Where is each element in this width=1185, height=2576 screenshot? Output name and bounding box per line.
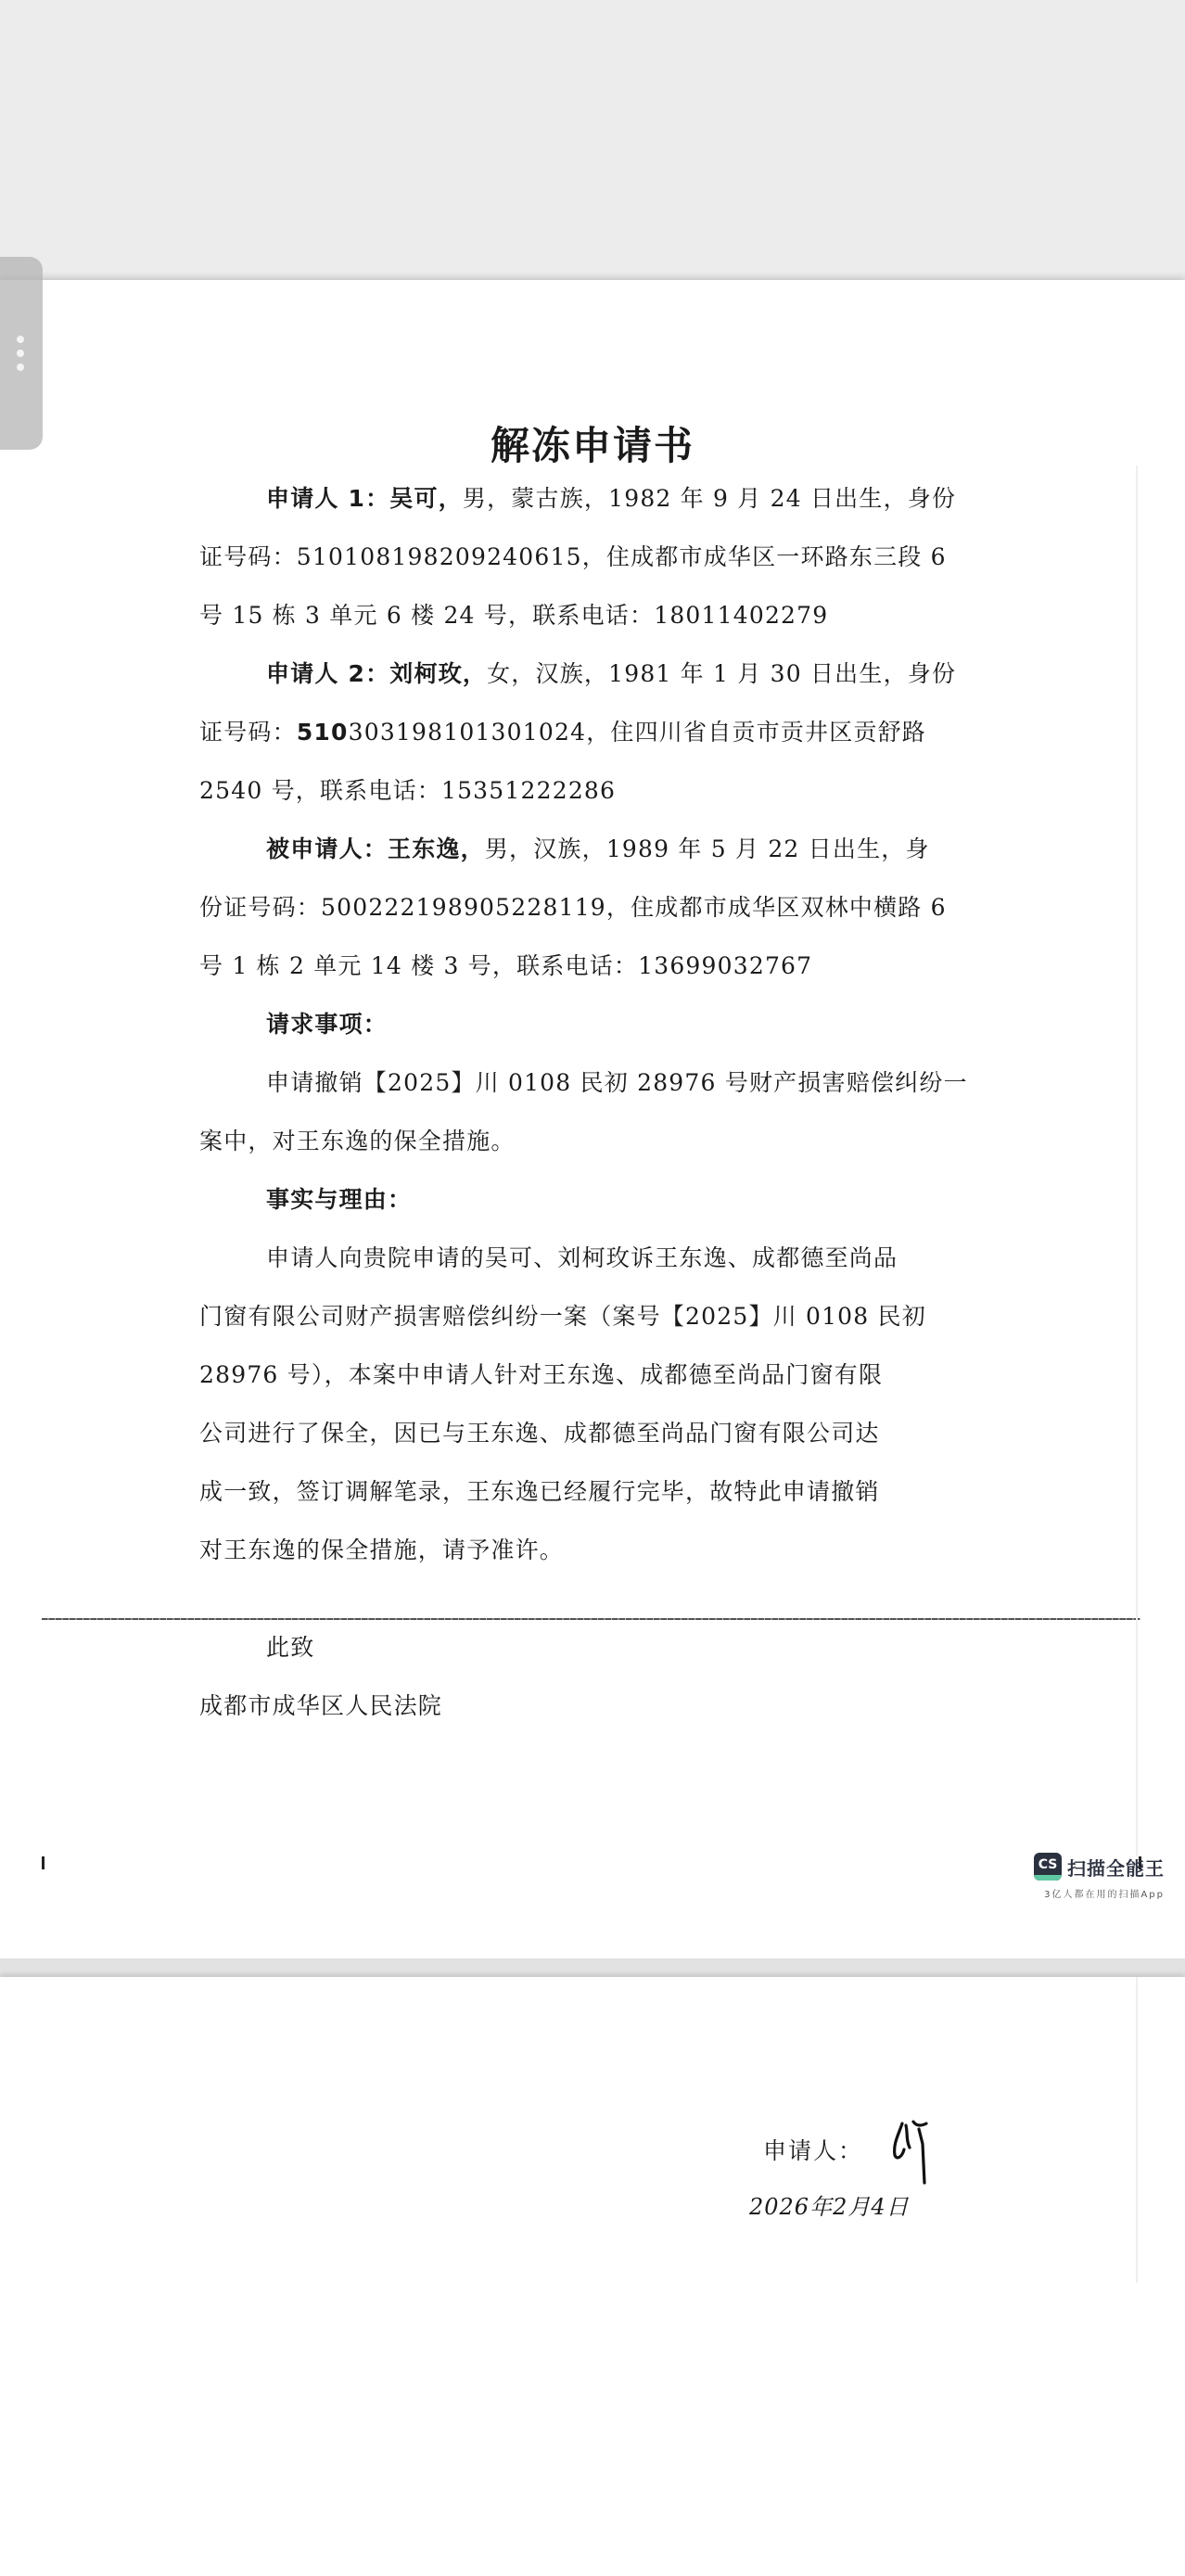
signature-label: 申请人： bbox=[763, 2133, 863, 2166]
respondent-line3: 号 1 栋 2 单元 14 楼 3 号，联系电话：13699032767 bbox=[199, 952, 983, 980]
facts-heading: 事实与理由： bbox=[266, 1186, 983, 1214]
more-vertical-icon bbox=[17, 350, 24, 357]
watermark-tagline: 3亿人都在用的扫描App bbox=[1026, 1886, 1165, 1900]
respondent-line1: 被申请人：王东逸，男，汉族，1989 年 5 月 22 日出生，身 bbox=[266, 835, 983, 863]
scan-edge-line bbox=[1136, 1977, 1138, 2283]
more-vertical-icon bbox=[17, 336, 24, 343]
facts-line2: 门窗有限公司财产损害赔偿纠纷一案（案号【2025】川 0108 民初 bbox=[199, 1303, 983, 1331]
facts-line6: 对王东逸的保全措施，请予准许。 bbox=[199, 1537, 983, 1564]
scan-edge-line bbox=[1136, 465, 1138, 1856]
id-label: 证号码： bbox=[199, 719, 297, 746]
respondent-label: 被申请人：王东逸， bbox=[266, 835, 485, 862]
respondent-info: 男，汉族，1989 年 5 月 22 日出生，身 bbox=[485, 835, 930, 862]
applicant1-info: 男，蒙古族，1982 年 9 月 24 日出生，身份 bbox=[463, 485, 956, 512]
more-vertical-icon bbox=[17, 363, 24, 371]
camscanner-watermark: CS 扫描全能王 3亿人都在用的扫描App bbox=[1026, 1853, 1165, 1900]
applicant1-line2: 证号码：510108198209240615，住成都市成华区一环路东三段 6 bbox=[199, 543, 983, 571]
document-page-2: 申请人： 2026年2月4日 bbox=[0, 1977, 1185, 2576]
applicant1-label: 申请人 1：吴可， bbox=[266, 485, 463, 512]
respondent-line2: 份证号码：500222198905228119，住成都市成华区双林中横路 6 bbox=[199, 894, 983, 922]
camscanner-logo-icon: CS bbox=[1034, 1853, 1062, 1881]
applicant2-line1: 申请人 2：刘柯玫，女，汉族，1981 年 1 月 30 日出生，身份 bbox=[266, 660, 983, 688]
request-line2: 案中，对王东逸的保全措施。 bbox=[199, 1128, 983, 1155]
applicant2-info: 女，汉族，1981 年 1 月 30 日出生，身份 bbox=[487, 660, 956, 687]
applicant2-line3: 2540 号，联系电话：15351222286 bbox=[199, 777, 983, 805]
applicant1-line1: 申请人 1：吴可，男，蒙古族，1982 年 9 月 24 日出生，身份 bbox=[266, 485, 983, 513]
document-page-1: 解冻申请书 申请人 1：吴可，男，蒙古族，1982 年 9 月 24 日出生，身… bbox=[0, 280, 1185, 1958]
closing-text: 此致 bbox=[266, 1634, 983, 1662]
applicant1-line3: 号 15 栋 3 单元 6 楼 24 号，联系电话：18011402279 bbox=[199, 602, 983, 630]
document-title: 解冻申请书 bbox=[0, 415, 1185, 471]
applicant2-label: 申请人 2：刘柯玫， bbox=[266, 660, 487, 687]
watermark-app-name: 扫描全能王 bbox=[1067, 1854, 1165, 1881]
facts-line4: 公司进行了保全，因已与王东逸、成都德至尚品门窗有限公司达 bbox=[199, 1420, 983, 1447]
crop-mark-left bbox=[42, 1856, 45, 1869]
request-line1: 申请撤销【2025】川 0108 民初 28976 号财产损害赔偿纠纷一 bbox=[266, 1069, 983, 1097]
signature-date: 2026年2月4日 bbox=[749, 2188, 910, 2221]
request-heading: 请求事项： bbox=[266, 1011, 983, 1039]
handwritten-signature-icon bbox=[886, 2116, 941, 2186]
facts-line1: 申请人向贵院申请的吴可、刘柯玫诉王东逸、成都德至尚品 bbox=[266, 1244, 983, 1272]
side-panel-handle[interactable] bbox=[0, 257, 43, 450]
scan-artifact-line bbox=[42, 1618, 1140, 1620]
court-name: 成都市成华区人民法院 bbox=[199, 1692, 983, 1720]
applicant2-line2: 证号码：510303198101301024，住四川省自贡市贡井区贡舒路 bbox=[199, 719, 983, 746]
id-prefix-bold: 510 bbox=[297, 719, 349, 746]
page-separator bbox=[0, 1958, 1185, 1977]
id-rest: 303198101301024，住四川省自贡市贡井区贡舒路 bbox=[349, 719, 926, 746]
facts-line3: 28976 号），本案中申请人针对王东逸、成都德至尚品门窗有限 bbox=[199, 1361, 983, 1389]
facts-line5: 成一致，签订调解笔录，王东逸已经履行完毕，故特此申请撤销 bbox=[199, 1478, 983, 1506]
